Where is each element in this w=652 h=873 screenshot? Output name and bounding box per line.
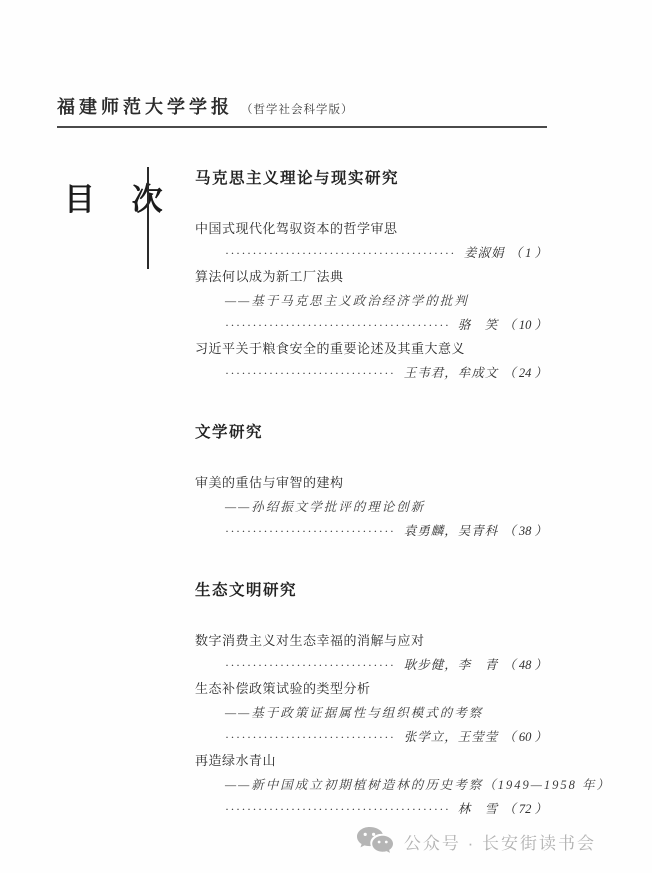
toc-entry: 算法何以成为新工厂法典——基于马克思主义政治经济学的批判············…	[195, 265, 547, 337]
leader-dots: ········································…	[225, 313, 449, 337]
entry-page-number: （ 48 ）	[503, 653, 547, 677]
section-heading: 生态文明研究	[195, 582, 547, 600]
section-heading: 马克思主义理论与现实研究	[195, 170, 547, 188]
entry-authors: 袁勇麟，吴青科	[404, 519, 499, 543]
header-rule	[57, 126, 547, 128]
entry-page-number: （ 72 ）	[503, 797, 547, 821]
toc-section: 文学研究审美的重估与审智的建构——孙绍振文学批评的理论创新···········…	[195, 424, 547, 543]
leader-dots: ········································…	[225, 797, 449, 821]
entry-title: 数字消费主义对生态幸福的消解与应对	[195, 629, 547, 653]
entry-subtitle: ——新中国成立初期植树造林的历史考察（1949—1958 年）	[195, 773, 547, 797]
footer-text: 公众号 · 长安街读书会	[404, 829, 596, 854]
section-heading: 文学研究	[195, 424, 547, 442]
entry-leader-line: ········································…	[195, 725, 547, 749]
entry-title: 中国式现代化驾驭资本的哲学审思	[195, 217, 547, 241]
entry-leader-line: ········································…	[195, 313, 547, 337]
entry-authors: 骆 笑	[458, 313, 499, 337]
journal-header: 福建师范大学学报 （哲学社会科学版）	[57, 93, 547, 119]
footer-watermark: 公众号 · 长安街读书会	[355, 825, 596, 857]
entry-subtitle: ——基于政策证据属性与组织模式的考察	[195, 701, 547, 725]
entry-title: 习近平关于粮食安全的重要论述及其重大意义	[195, 337, 547, 361]
entry-leader-line: ········································…	[195, 797, 547, 821]
toc-entry: 生态补偿政策试验的类型分析——基于政策证据属性与组织模式的考察·········…	[195, 677, 547, 749]
entry-page-number: （ 38 ）	[503, 519, 547, 543]
toc-entry: 中国式现代化驾驭资本的哲学审思·························…	[195, 217, 547, 265]
entry-title: 算法何以成为新工厂法典	[195, 265, 547, 289]
entry-title: 生态补偿政策试验的类型分析	[195, 677, 547, 701]
toc-section: 马克思主义理论与现实研究中国式现代化驾驭资本的哲学审思·············…	[195, 170, 547, 385]
toc-entry: 审美的重估与审智的建构——孙绍振文学批评的理论创新···············…	[195, 471, 547, 543]
entry-title: 审美的重估与审智的建构	[195, 471, 547, 495]
entry-subtitle: ——基于马克思主义政治经济学的批判	[195, 289, 547, 313]
entry-authors: 耿步健，李 青	[404, 653, 499, 677]
entry-authors: 林 雪	[458, 797, 499, 821]
entry-authors: 张学立，王莹莹	[404, 725, 499, 749]
entry-subtitle: ——孙绍振文学批评的理论创新	[195, 495, 547, 519]
journal-title: 福建师范大学学报	[57, 93, 233, 119]
entry-page-number: （ 60 ）	[503, 725, 547, 749]
toc-entry: 数字消费主义对生态幸福的消解与应对·······················…	[195, 629, 547, 677]
toc-body: 马克思主义理论与现实研究中国式现代化驾驭资本的哲学审思·············…	[195, 170, 547, 860]
leader-dots: ········································…	[225, 725, 395, 749]
toc-title-divider	[147, 167, 149, 269]
entry-page-number: （ 1 ）	[509, 241, 547, 265]
entry-leader-line: ········································…	[195, 361, 547, 385]
leader-dots: ········································…	[225, 241, 455, 265]
entry-page-number: （ 10 ）	[503, 313, 547, 337]
leader-dots: ········································…	[225, 519, 395, 543]
toc-entry: 再造绿水青山——新中国成立初期植树造林的历史考察（1949—1958 年）···…	[195, 749, 547, 821]
journal-toc-page: 福建师范大学学报 （哲学社会科学版） 目 次 马克思主义理论与现实研究中国式现代…	[0, 0, 652, 873]
toc-entry: 习近平关于粮食安全的重要论述及其重大意义····················…	[195, 337, 547, 385]
toc-title: 目 次	[64, 174, 177, 219]
entry-page-number: （ 24 ）	[503, 361, 547, 385]
entry-authors: 王韦君，牟成文	[404, 361, 499, 385]
entry-title: 再造绿水青山	[195, 749, 547, 773]
leader-dots: ········································…	[225, 653, 395, 677]
wechat-icon	[355, 825, 395, 857]
entry-authors: 姜淑娟	[464, 241, 505, 265]
toc-section: 生态文明研究数字消费主义对生态幸福的消解与应对·················…	[195, 582, 547, 821]
journal-edition: （哲学社会科学版）	[241, 101, 354, 117]
leader-dots: ········································…	[225, 361, 395, 385]
entry-leader-line: ········································…	[195, 241, 547, 265]
entry-leader-line: ········································…	[195, 653, 547, 677]
entry-leader-line: ········································…	[195, 519, 547, 543]
